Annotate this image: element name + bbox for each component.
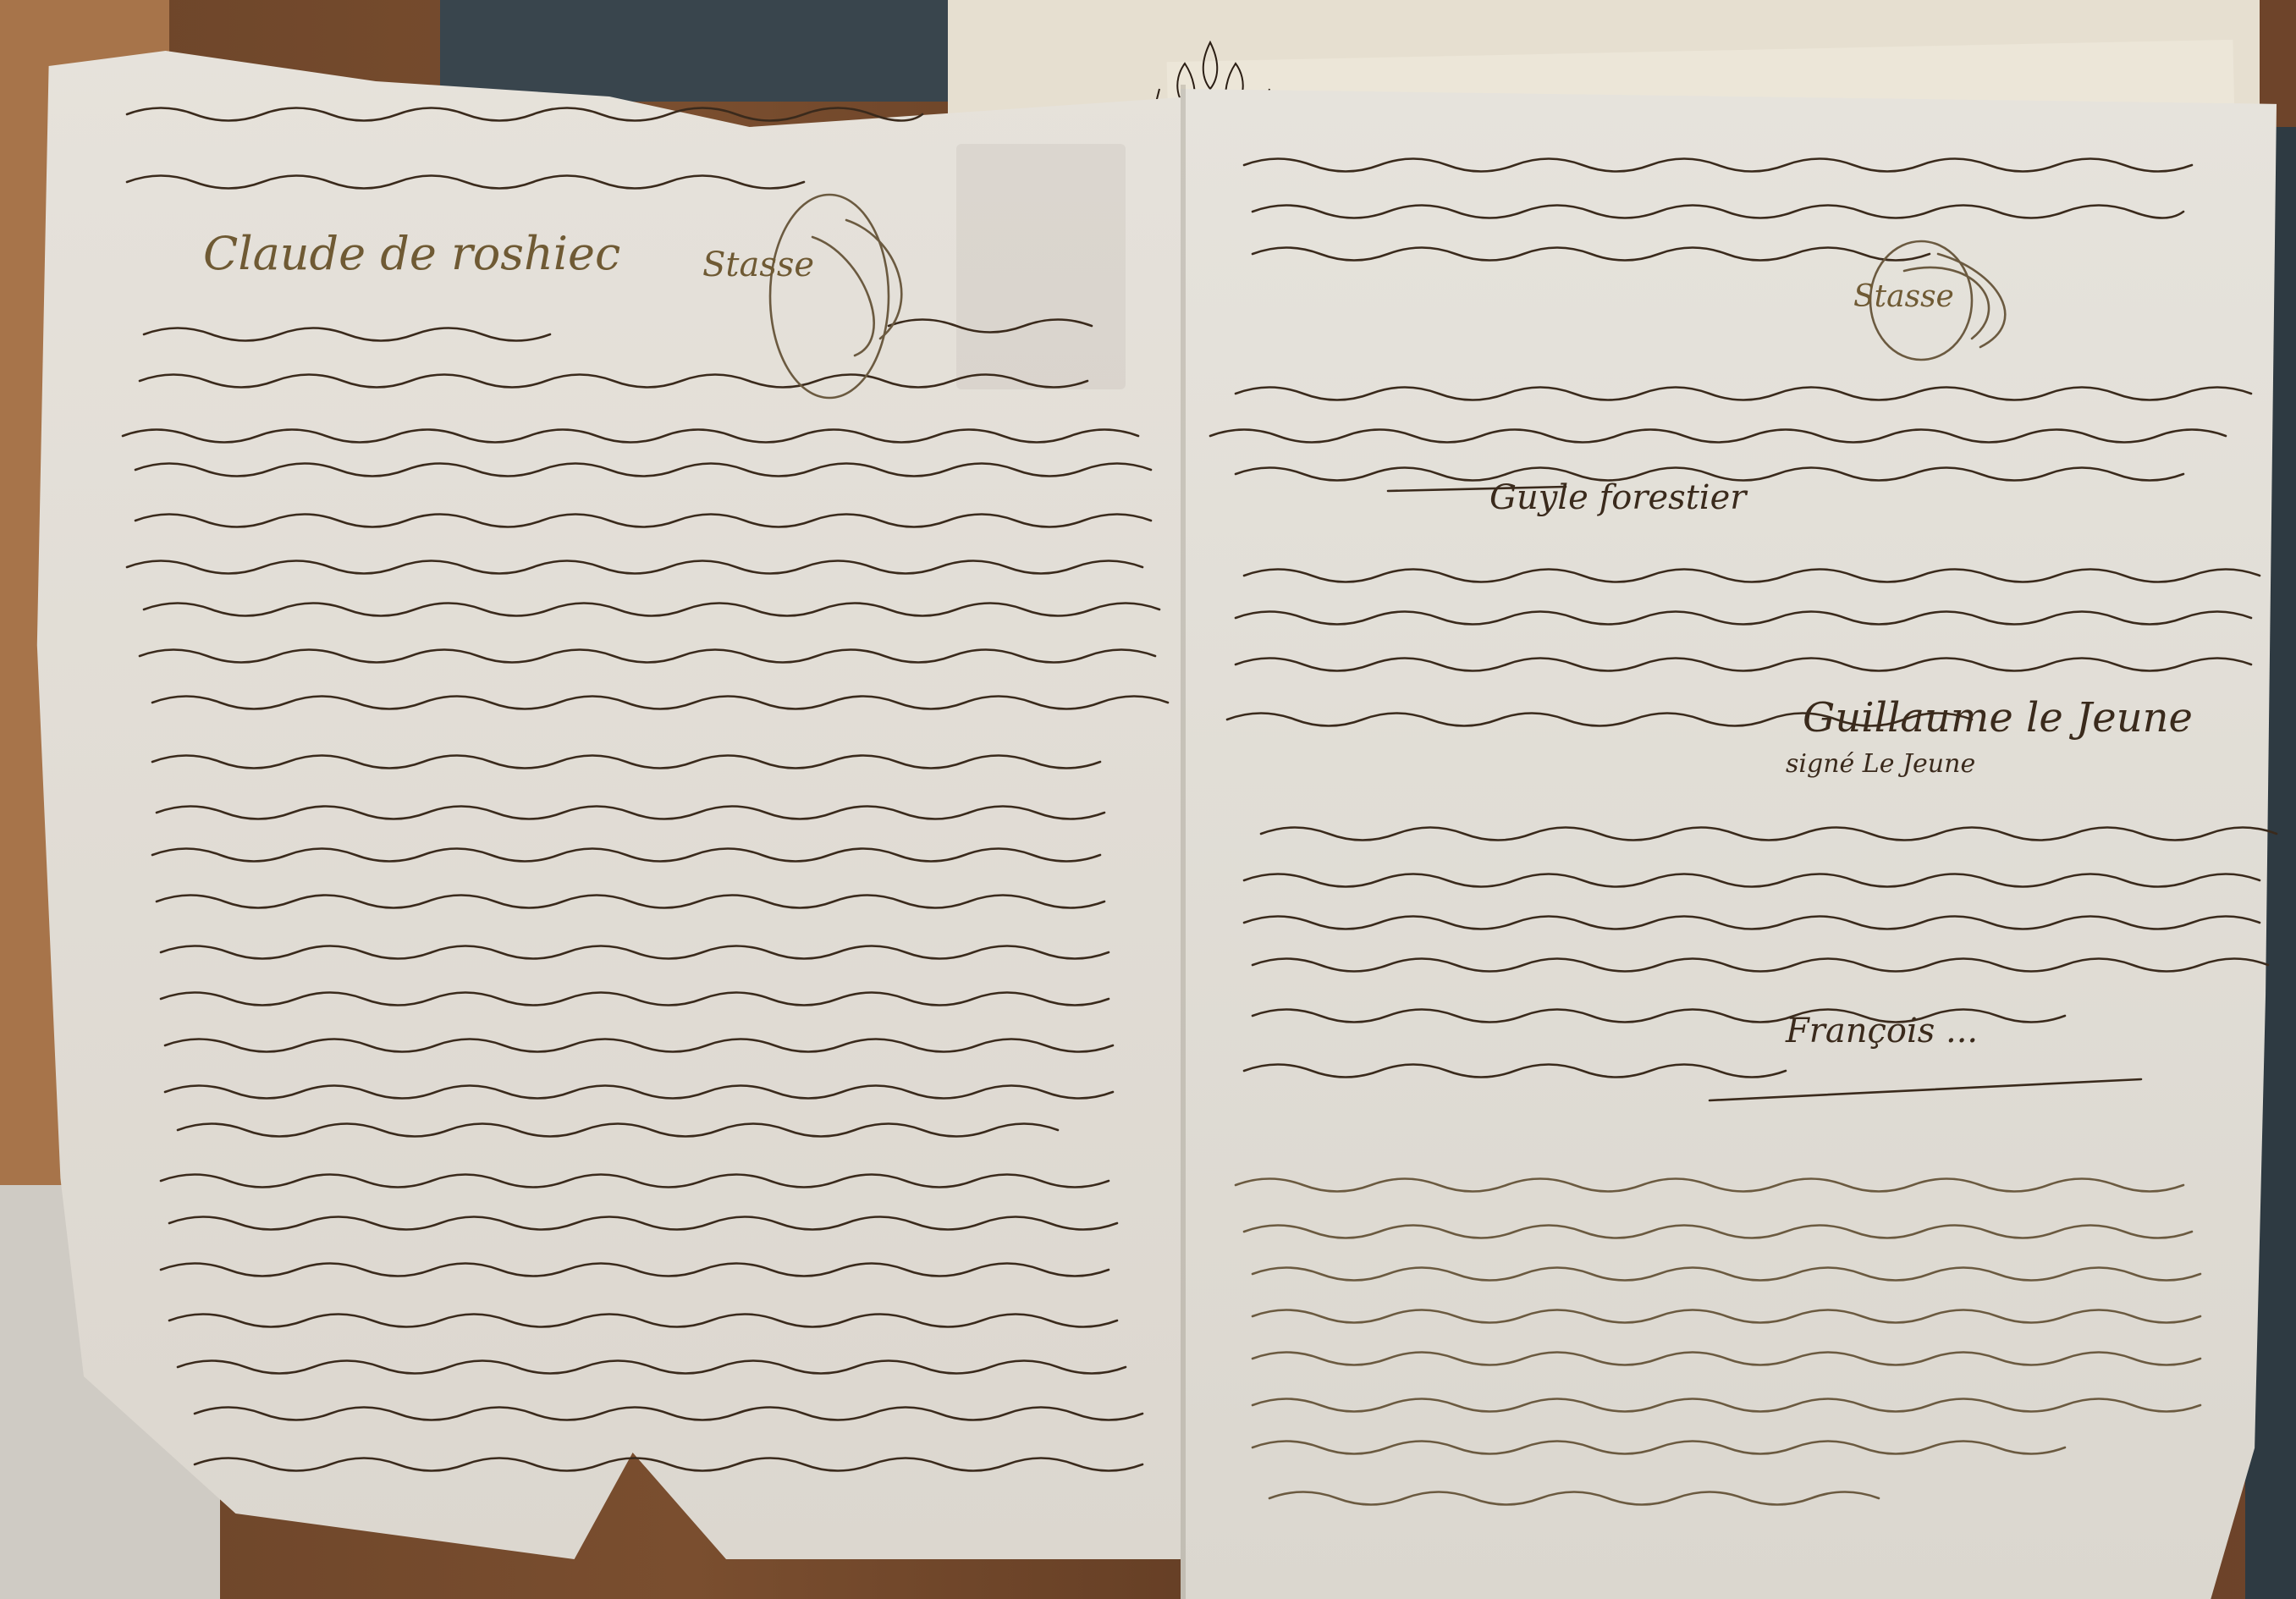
signature-stasse-right: Stasse bbox=[1853, 279, 1954, 314]
signature-francois: François ... bbox=[1786, 1012, 1978, 1050]
signature-guyle-forestier: Guyle forestier bbox=[1489, 478, 1746, 517]
signature-claude: Claude de roshiec bbox=[203, 227, 620, 280]
signature-guillaume-le-jeune: Guillaume le Jeune bbox=[1803, 694, 2193, 742]
signature-signe-le-jeune: signé Le Jeune bbox=[1786, 749, 1975, 779]
signature-stasse: Stasse bbox=[702, 245, 814, 284]
